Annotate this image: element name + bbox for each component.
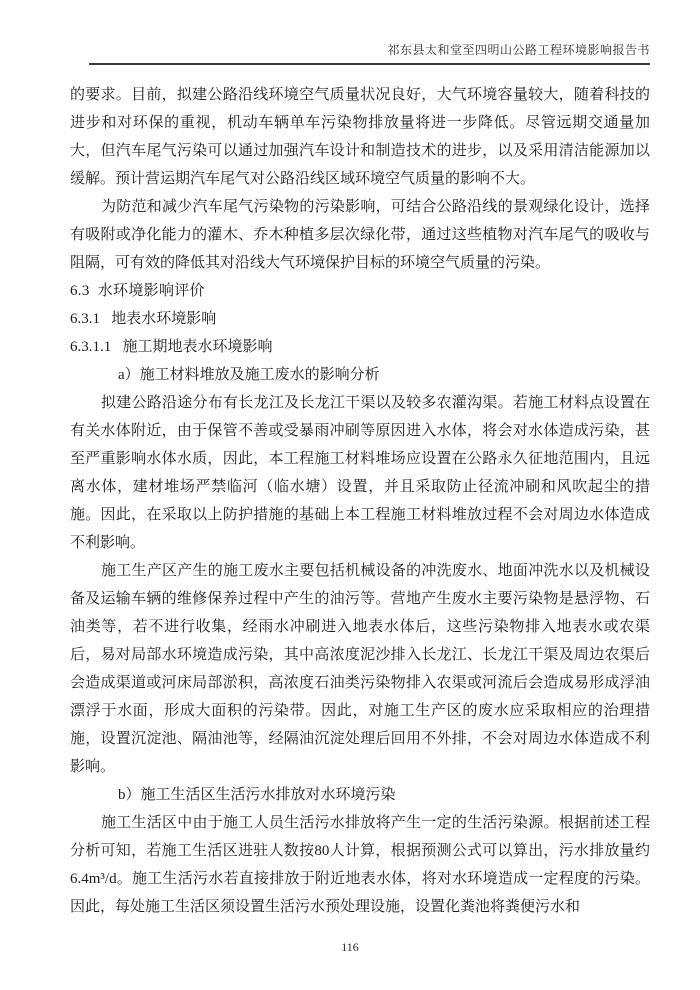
section-heading-6-3: 6.3 水环境影响评价 — [70, 277, 650, 305]
paragraph-domestic-sewage-impact: 施工生活区中由于施工人员生活污水排放将产生一定的生活污染源。根据前述工程分析可知… — [70, 809, 650, 921]
page-number: 116 — [0, 940, 700, 955]
page-body: 的要求。目前，拟建公路沿线环境空气质量状况良好，大气环境容量较大，随着科技的进步… — [70, 81, 650, 921]
list-item-a-construction-materials: a）施工材料堆放及施工废水的影响分析 — [70, 361, 650, 389]
list-item-b-domestic-sewage: b）施工生活区生活污水排放对水环境污染 — [70, 781, 650, 809]
subsection-heading-6-3-1: 6.3.1 地表水环境影响 — [70, 305, 650, 333]
header-divider — [89, 63, 650, 65]
running-header-title: 祁东县太和堂至四明山公路工程环境影响报告书 — [89, 42, 650, 58]
paragraph-material-stockpile-impact: 拟建公路沿途分布有长龙江及长龙江干渠以及较多农灌沟渠。若施工材料点设置在有关水体… — [70, 389, 650, 557]
document-page: 祁东县太和堂至四明山公路工程环境影响报告书 的要求。目前，拟建公路沿线环境空气质… — [0, 0, 700, 990]
subsection-heading-6-3-1-1: 6.3.1.1 施工期地表水环境影响 — [70, 333, 650, 361]
paragraph-greening-measures: 为防范和减少汽车尾气污染物的污染影响，可结合公路沿线的景观绿化设计，选择有吸附或… — [70, 193, 650, 277]
paragraph-production-wastewater-impact: 施工生产区产生的施工废水主要包括机械设备的冲洗废水、地面冲洗水以及机械设备及运输… — [70, 557, 650, 781]
paragraph-air-quality-continuation: 的要求。目前，拟建公路沿线环境空气质量状况良好，大气环境容量较大，随着科技的进步… — [70, 81, 650, 193]
